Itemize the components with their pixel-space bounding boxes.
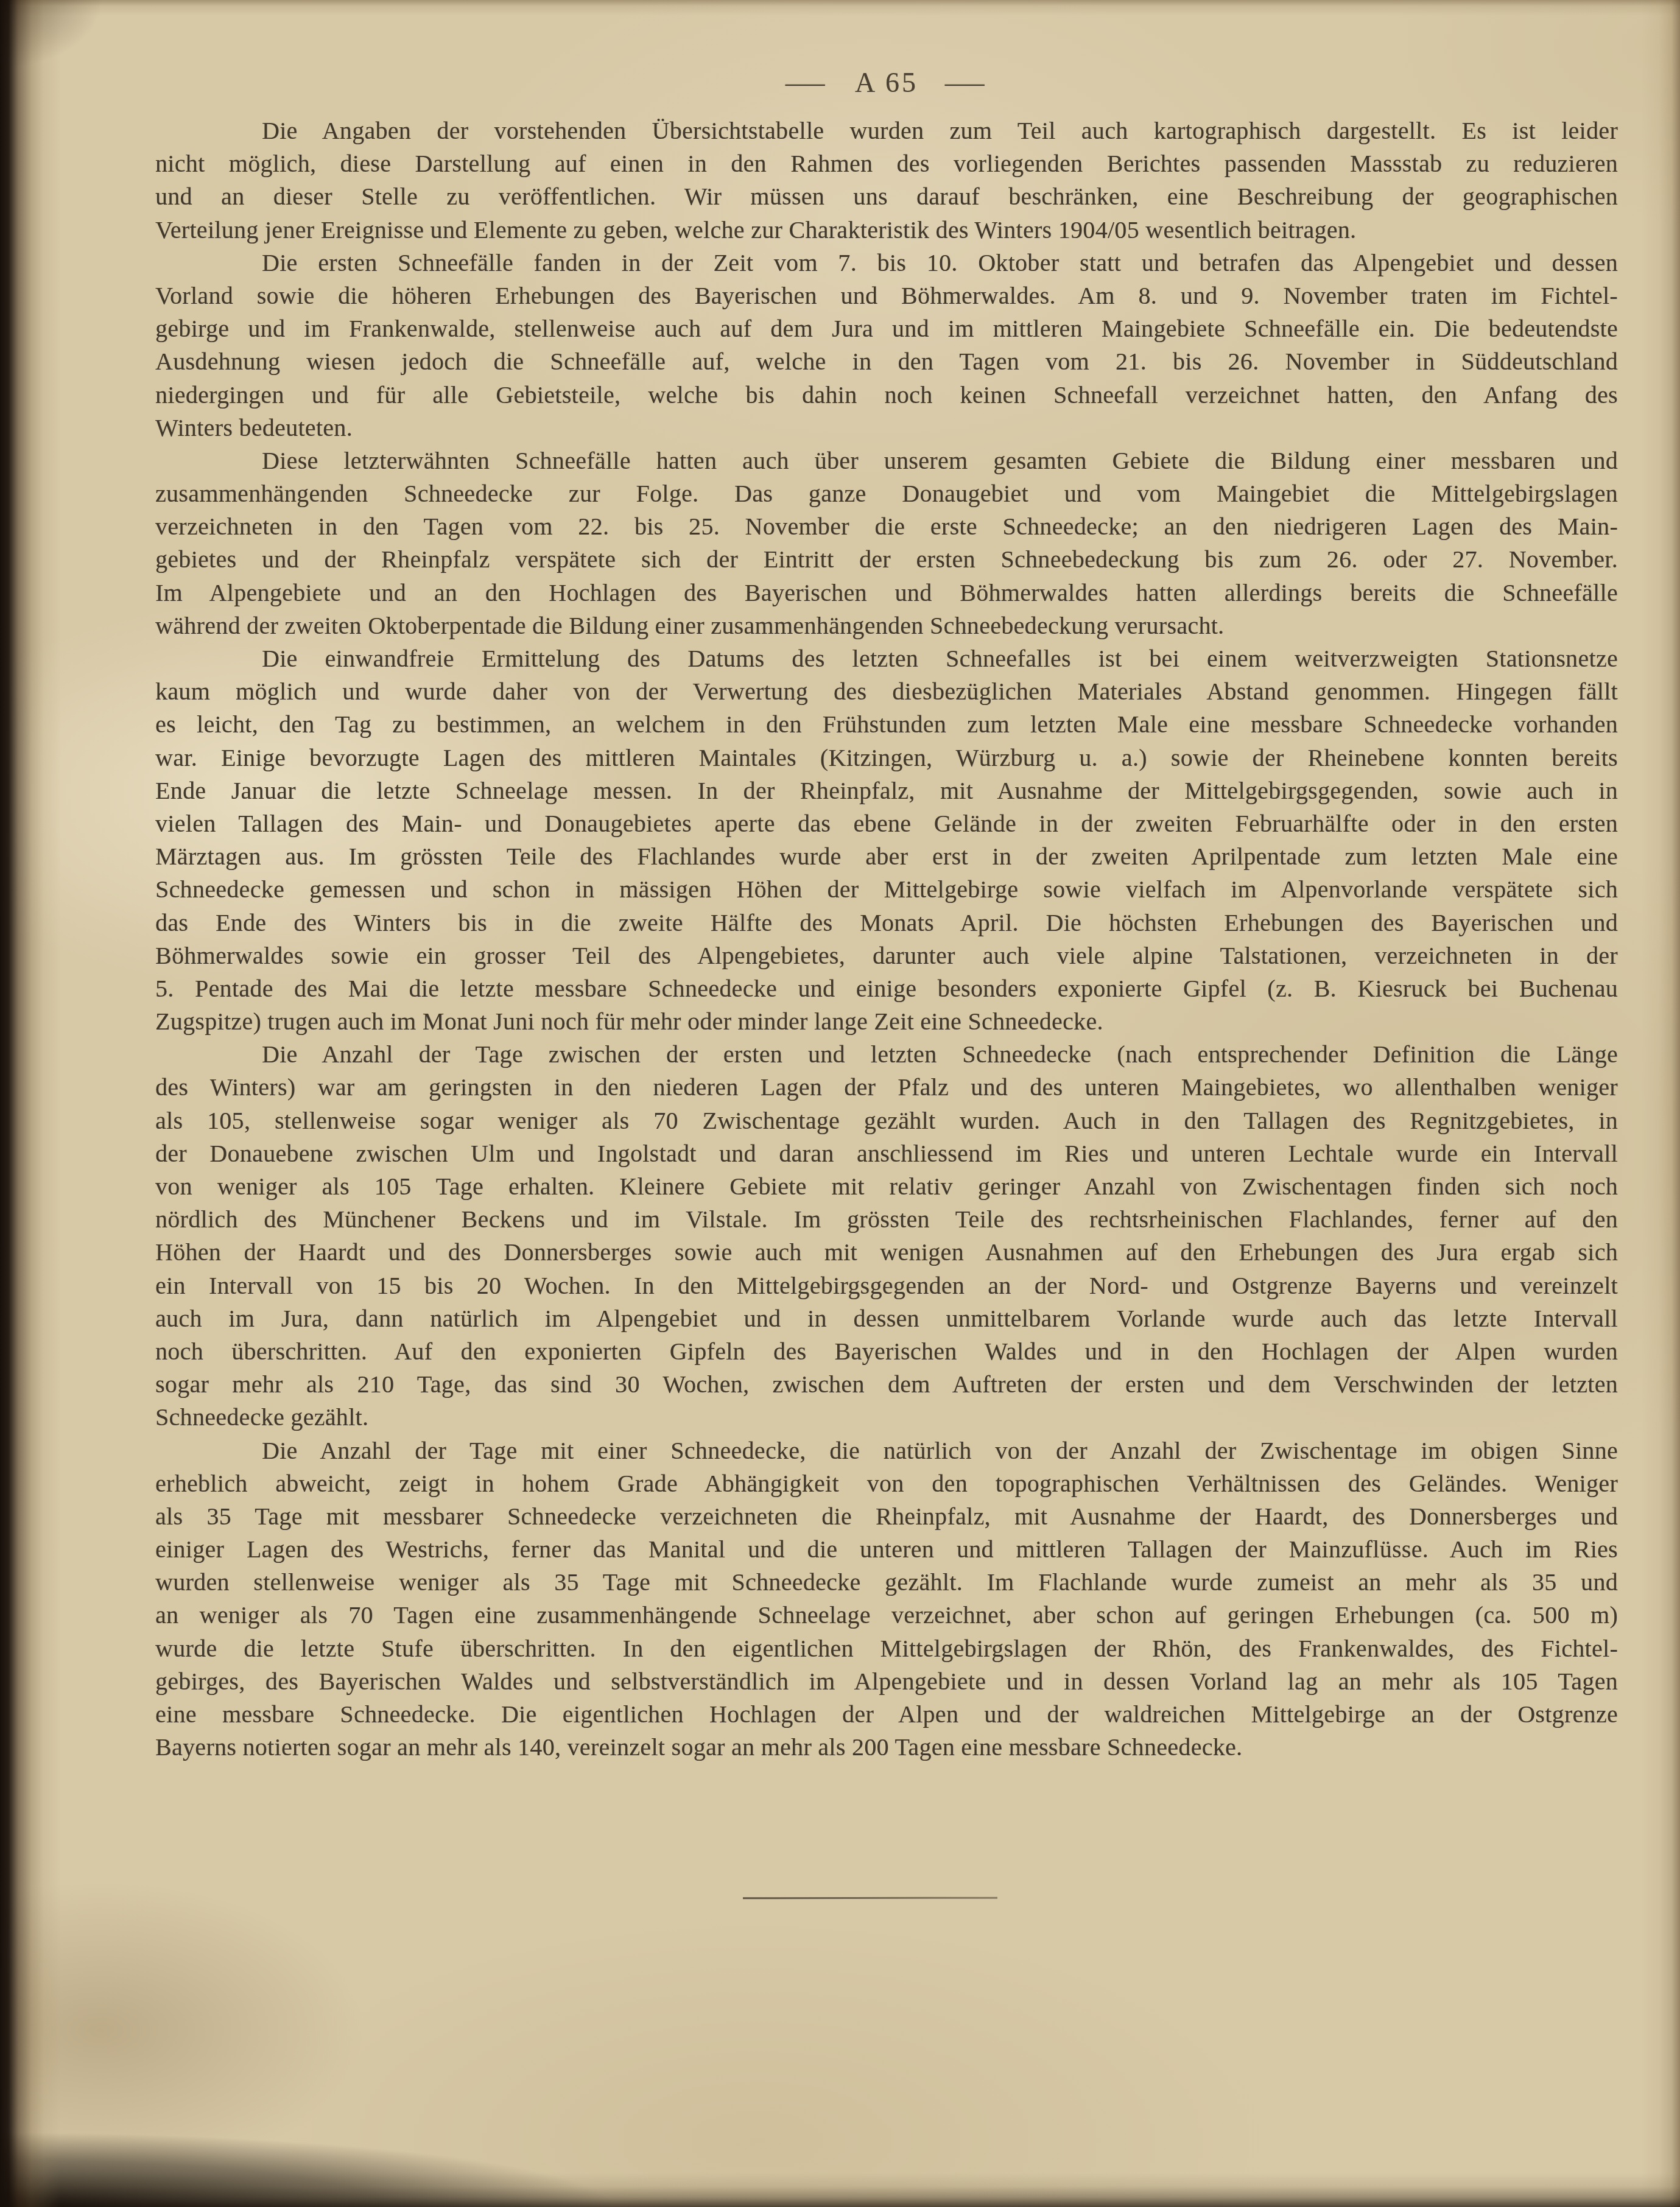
text-line: Schneedecke gezählt. xyxy=(155,1401,1618,1434)
text-line: nördlich des Münchener Beckens und im Vi… xyxy=(155,1203,1618,1236)
text-line: kaum möglich und wurde daher von der Ver… xyxy=(155,675,1618,708)
text-line: Die Anzahl der Tage zwischen der ersten … xyxy=(155,1038,1618,1071)
text-line: eine messbare Schneedecke. Die eigentlic… xyxy=(155,1698,1618,1731)
text-line: an weniger als 70 Tagen eine zusammenhän… xyxy=(155,1599,1618,1632)
text-line: 5. Pentade des Mai die letzte messbare S… xyxy=(155,972,1618,1005)
text-line: wurde die letzte Stufe überschritten. In… xyxy=(155,1632,1618,1665)
text-line: noch überschritten. Auf den exponierten … xyxy=(155,1335,1618,1368)
paragraph: Die ersten Schneefälle fanden in der Zei… xyxy=(155,247,1618,444)
text-line: sogar mehr als 210 Tage, das sind 30 Woc… xyxy=(155,1368,1618,1401)
text-line: vielen Tallagen des Main- und Donaugebie… xyxy=(155,807,1618,840)
text-line: von weniger als 105 Tage erhalten. Klein… xyxy=(155,1170,1618,1203)
text-line: niedergingen und für alle Gebietsteile, … xyxy=(155,379,1618,412)
text-line: verzeichneten in den Tagen vom 22. bis 2… xyxy=(155,510,1618,543)
page-header: —A 65— xyxy=(155,66,1618,100)
page-edge-right-shadow xyxy=(1641,0,1680,2207)
text-line: der Donauebene zwischen Ulm und Ingolsta… xyxy=(155,1137,1618,1170)
text-line: war. Einige bevorzugte Lagen des mittler… xyxy=(155,742,1618,774)
page-corner-bottom-left-shadow xyxy=(0,2061,913,2207)
page-edge-bottom-shadow xyxy=(0,2173,1680,2207)
text-line: erheblich abweicht, zeigt in hohem Grade… xyxy=(155,1467,1618,1500)
page-corner-top-left-shadow xyxy=(0,0,158,122)
text-line: Im Alpengebiete und an den Hochlagen des… xyxy=(155,577,1618,609)
section-divider-rule xyxy=(743,1897,997,1900)
text-line: einiger Lagen des Westrichs, ferner das … xyxy=(155,1533,1618,1566)
scanned-book-page: —A 65— Die Angaben der vorstehenden Über… xyxy=(0,0,1680,2207)
text-line: des Winters) war am geringsten in den ni… xyxy=(155,1071,1618,1104)
header-dash-right: — xyxy=(945,66,988,100)
text-line: Ausdehnung wiesen jedoch die Schneefälle… xyxy=(155,345,1618,378)
text-line: Diese letzterwähnten Schneefälle hatten … xyxy=(155,444,1618,477)
text-line: gebirge und im Frankenwalde, stellenweis… xyxy=(155,312,1618,345)
text-line: gebirges, des Bayerischen Waldes und sel… xyxy=(155,1665,1618,1698)
text-column: Die Angaben der vorstehenden Übersichtst… xyxy=(155,114,1618,1764)
text-line: Bayerns notierten sogar an mehr als 140,… xyxy=(155,1731,1618,1764)
text-line: Die Anzahl der Tage mit einer Schneedeck… xyxy=(155,1434,1618,1467)
text-line: auch im Jura, dann natürlich im Alpengeb… xyxy=(155,1302,1618,1335)
text-line: ein Intervall von 15 bis 20 Wochen. In d… xyxy=(155,1269,1618,1302)
text-line: Höhen der Haardt und des Donnersberges s… xyxy=(155,1236,1618,1269)
text-line: Vorland sowie die höheren Erhebungen des… xyxy=(155,279,1618,312)
header-dash-left: — xyxy=(786,66,828,100)
text-line: Die einwandfreie Ermittelung des Datums … xyxy=(155,642,1618,675)
paragraph: Die Anzahl der Tage mit einer Schneedeck… xyxy=(155,1434,1618,1764)
text-line: Märztagen aus. Im grössten Teile des Fla… xyxy=(155,840,1618,873)
text-line: das Ende des Winters bis in die zweite H… xyxy=(155,907,1618,939)
text-line: Böhmerwaldes sowie ein grosser Teil des … xyxy=(155,939,1618,972)
text-line: und an dieser Stelle zu veröffentlichen.… xyxy=(155,180,1618,213)
text-line: nicht möglich, diese Darstellung auf ein… xyxy=(155,147,1618,180)
text-line: es leicht, den Tag zu bestimmen, an welc… xyxy=(155,708,1618,741)
page-edge-top-shadow xyxy=(0,0,1680,16)
paragraph: Diese letzterwähnten Schneefälle hatten … xyxy=(155,444,1618,642)
text-line: Die Angaben der vorstehenden Übersichtst… xyxy=(155,114,1618,147)
text-line: Winters bedeuteten. xyxy=(155,412,1618,444)
text-line: gebietes und der Rheinpfalz verspätete s… xyxy=(155,543,1618,576)
text-line: Die ersten Schneefälle fanden in der Zei… xyxy=(155,247,1618,279)
page-number: A 65 xyxy=(855,67,918,98)
text-line: als 35 Tage mit messbarer Schneedecke ve… xyxy=(155,1500,1618,1533)
text-line: zusammenhängenden Schneedecke zur Folge.… xyxy=(155,477,1618,510)
text-line: Schneedecke gemessen und schon in mässig… xyxy=(155,873,1618,906)
text-line: Zugspitze) trugen auch im Monat Juni noc… xyxy=(155,1005,1618,1038)
text-line: wurden stellenweise weniger als 35 Tage … xyxy=(155,1566,1618,1599)
page-binding-edge-shadow xyxy=(0,0,61,2207)
text-line: während der zweiten Oktoberpentade die B… xyxy=(155,609,1618,642)
text-line: als 105, stellenweise sogar weniger als … xyxy=(155,1104,1618,1137)
paragraph: Die Anzahl der Tage zwischen der ersten … xyxy=(155,1038,1618,1434)
text-line: Verteilung jener Ereignisse und Elemente… xyxy=(155,214,1618,247)
text-line: Ende Januar die letzte Schneelage messen… xyxy=(155,774,1618,807)
paragraph: Die Angaben der vorstehenden Übersichtst… xyxy=(155,114,1618,247)
paragraph: Die einwandfreie Ermittelung des Datums … xyxy=(155,642,1618,1038)
